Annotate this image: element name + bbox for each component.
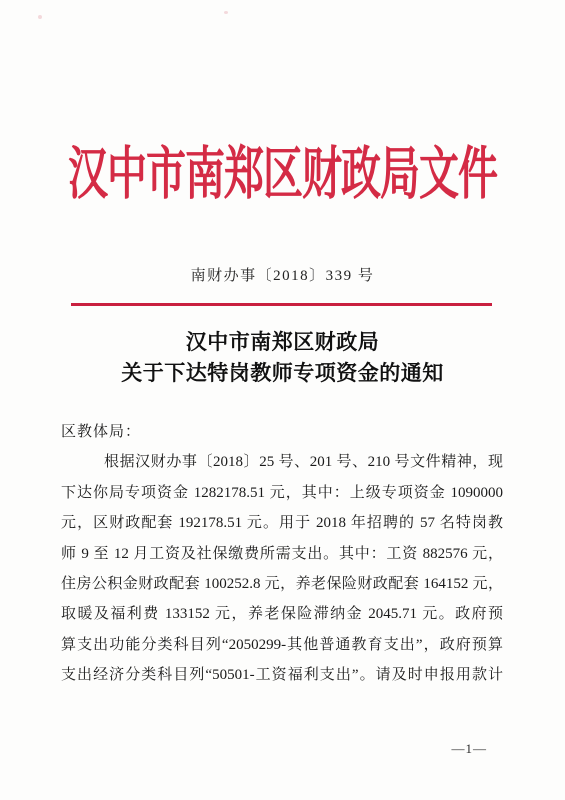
body-text-line: 师 9 至 12 月工资及社保缴费所需支出。其中：工资 882576 元，: [61, 539, 503, 569]
document-page: 汉中市南郑区财政局文件 南财办事〔2018〕339 号 汉中市南郑区财政局 关于…: [0, 0, 565, 800]
scan-artifact: [38, 15, 42, 19]
salutation: 区教体局：: [61, 417, 503, 447]
document-title-line1: 汉中市南郑区财政局: [0, 327, 565, 358]
page-number: —1—: [452, 741, 488, 757]
header-divider-line: [71, 303, 492, 306]
scan-artifact: [224, 11, 228, 14]
body-text-line: 支出经济分类科目列“50501-工资福利支出”。请及时申报用款计: [61, 660, 503, 690]
body-text-line: 住房公积金财政配套 100252.8 元，养老保险财政配套 164152 元，: [61, 569, 503, 599]
body-text-line: 取暖及福利费 133152 元，养老保险滞纳金 2045.71 元。政府预: [61, 599, 503, 629]
body-text-line: 下达你局专项资金 1282178.51 元，其中：上级专项资金 1090000: [61, 478, 503, 508]
document-body: 区教体局： 根据汉财办事〔2018〕25 号、201 号、210 号文件精神，现…: [61, 417, 503, 691]
body-paragraph: 根据汉财办事〔2018〕25 号、201 号、210 号文件精神，现下达你局专项…: [61, 447, 503, 690]
body-text-line: 根据汉财办事〔2018〕25 号、201 号、210 号文件精神，现: [61, 447, 503, 477]
document-title: 汉中市南郑区财政局 关于下达特岗教师专项资金的通知: [0, 327, 565, 388]
agency-letterhead: 汉中市南郑区财政局文件: [0, 146, 565, 203]
body-text-line: 算支出功能分类科目列“2050299-其他普通教育支出”，政府预算: [61, 630, 503, 660]
document-number: 南财办事〔2018〕339 号: [0, 266, 565, 286]
document-title-line2: 关于下达特岗教师专项资金的通知: [0, 358, 565, 389]
body-text-line: 元，区财政配套 192178.51 元。用于 2018 年招聘的 57 名特岗教: [61, 508, 503, 538]
